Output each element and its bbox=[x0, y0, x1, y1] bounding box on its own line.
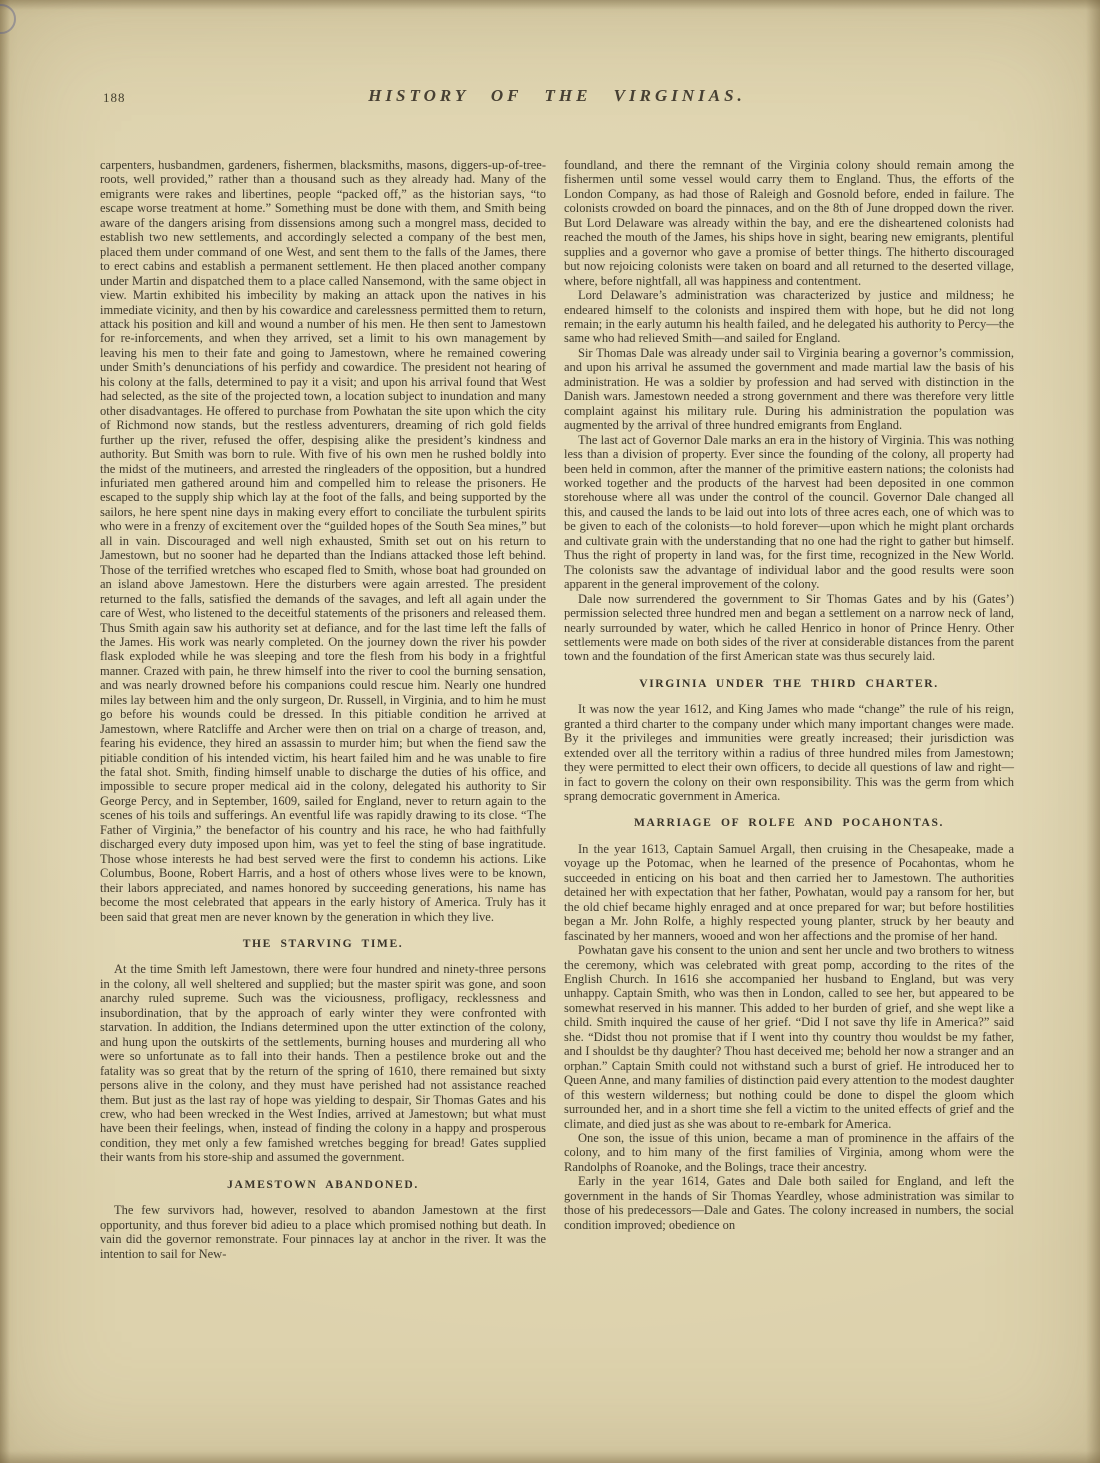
running-title: HISTORY OF THE VIRGINIAS. bbox=[0, 86, 1100, 106]
right-column: foundland, and there the remnant of the … bbox=[564, 158, 1014, 1261]
left-column: carpenters, husbandmen, gardeners, fishe… bbox=[100, 158, 546, 1261]
body-paragraph: Early in the year 1614, Gates and Dale b… bbox=[564, 1174, 1014, 1232]
body-paragraph: The last act of Governor Dale marks an e… bbox=[564, 433, 1014, 592]
page-number: 188 bbox=[103, 90, 126, 106]
body-paragraph: The few survivors had, however, resolved… bbox=[100, 1203, 546, 1261]
section-heading-jamestown-abandoned: JAMESTOWN ABANDONED. bbox=[100, 1178, 546, 1192]
section-heading-third-charter: VIRGINIA UNDER THE THIRD CHARTER. bbox=[564, 677, 1014, 691]
scan-edge-shadow-bottom bbox=[0, 1451, 1100, 1463]
page-header: 188 HISTORY OF THE VIRGINIAS. bbox=[0, 0, 1100, 132]
body-paragraph: It was now the year 1612, and King James… bbox=[564, 702, 1014, 803]
body-paragraph: Lord Delaware’s administration was chara… bbox=[564, 288, 1014, 346]
section-heading-rolfe-pocahontas: MARRIAGE OF ROLFE AND POCAHONTAS. bbox=[564, 816, 1014, 830]
book-page: 188 HISTORY OF THE VIRGINIAS. carpenters… bbox=[0, 0, 1100, 1463]
body-paragraph: In the year 1613, Captain Samuel Argall,… bbox=[564, 842, 1014, 943]
body-paragraph: One son, the issue of this union, became… bbox=[564, 1131, 1014, 1174]
body-paragraph: foundland, and there the remnant of the … bbox=[564, 158, 1014, 288]
body-paragraph: carpenters, husbandmen, gardeners, fishe… bbox=[100, 158, 546, 924]
body-paragraph: Sir Thomas Dale was already under sail t… bbox=[564, 346, 1014, 433]
body-paragraph: Dale now surrendered the government to S… bbox=[564, 592, 1014, 664]
body-paragraph: Powhatan gave his consent to the union a… bbox=[564, 943, 1014, 1131]
section-heading-starving-time: THE STARVING TIME. bbox=[100, 937, 546, 951]
body-paragraph: At the time Smith left Jamestown, there … bbox=[100, 962, 546, 1164]
text-columns: carpenters, husbandmen, gardeners, fishe… bbox=[0, 158, 1100, 1261]
